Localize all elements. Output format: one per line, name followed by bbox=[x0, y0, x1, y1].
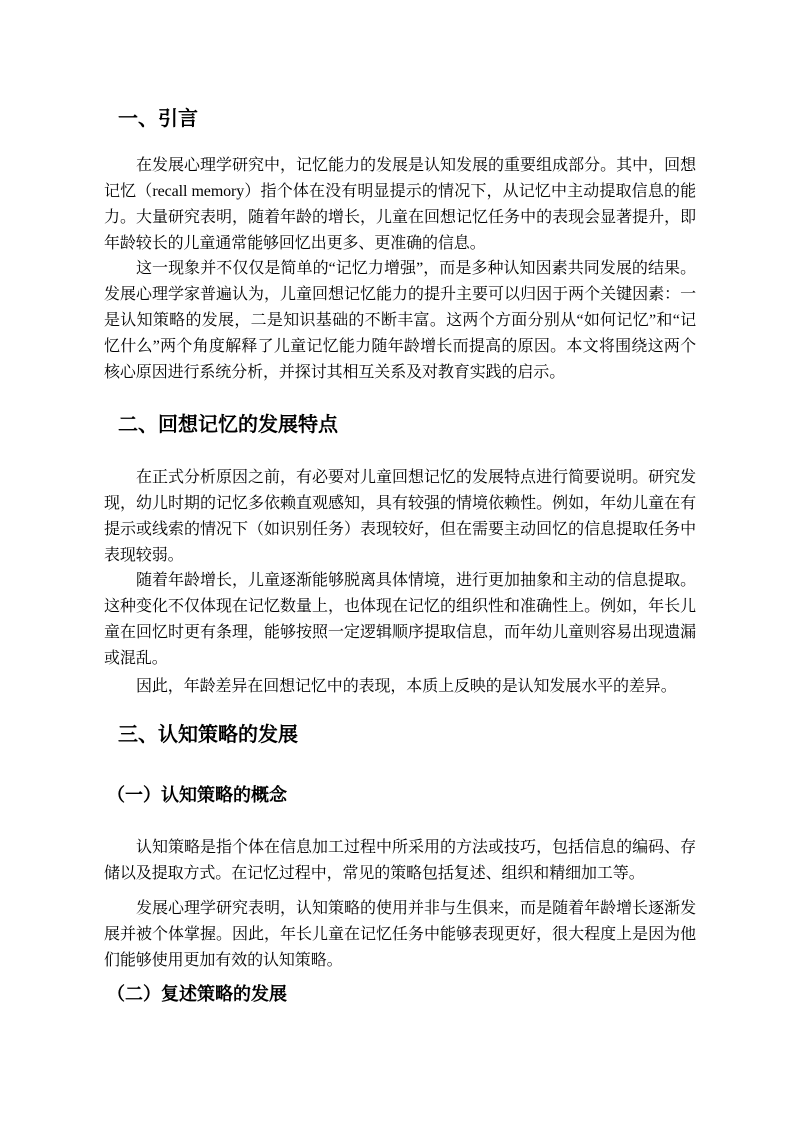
section-heading-recall-features: 二、回想记忆的发展特点 bbox=[104, 412, 710, 436]
subsection-heading-strategy-concept: （一）认知策略的概念 bbox=[104, 785, 699, 807]
paragraph-strategy-2: 发展心理学研究表明，认知策略的使用并非与生俱来，而是随着年龄增长逐渐发展并被个体… bbox=[104, 896, 696, 974]
subsection-heading-rehearsal: （二）复述策略的发展 bbox=[104, 984, 699, 1006]
paragraph-intro-1: 在发展心理学研究中，记忆能力的发展是认知发展的重要组成部分。其中，回想记忆（re… bbox=[104, 153, 696, 257]
section-heading-cognitive-strategy: 三、认知策略的发展 bbox=[104, 722, 710, 746]
document-page: 一、引言 在发展心理学研究中，记忆能力的发展是认知发展的重要组成部分。其中，回想… bbox=[0, 0, 793, 1122]
paragraph-strategy-1: 认知策略是指个体在信息加工过程中所采用的方法或技巧，包括信息的编码、存储以及提取… bbox=[104, 835, 696, 887]
paragraph-intro-2: 这一现象并不仅仅是简单的“记忆力增强”，而是多种认知因素共同发展的结果。发展心理… bbox=[104, 256, 696, 386]
section-heading-introduction: 一、引言 bbox=[104, 106, 710, 130]
paragraph-features-3: 因此，年龄差异在回想记忆中的表现，本质上反映的是认知发展水平的差异。 bbox=[104, 674, 696, 700]
paragraph-features-2: 随着年龄增长，儿童逐渐能够脱离具体情境，进行更加抽象和主动的信息提取。这种变化不… bbox=[104, 568, 696, 672]
paragraph-features-1: 在正式分析原因之前，有必要对儿童回想记忆的发展特点进行简要说明。研究发现，幼儿时… bbox=[104, 465, 696, 569]
